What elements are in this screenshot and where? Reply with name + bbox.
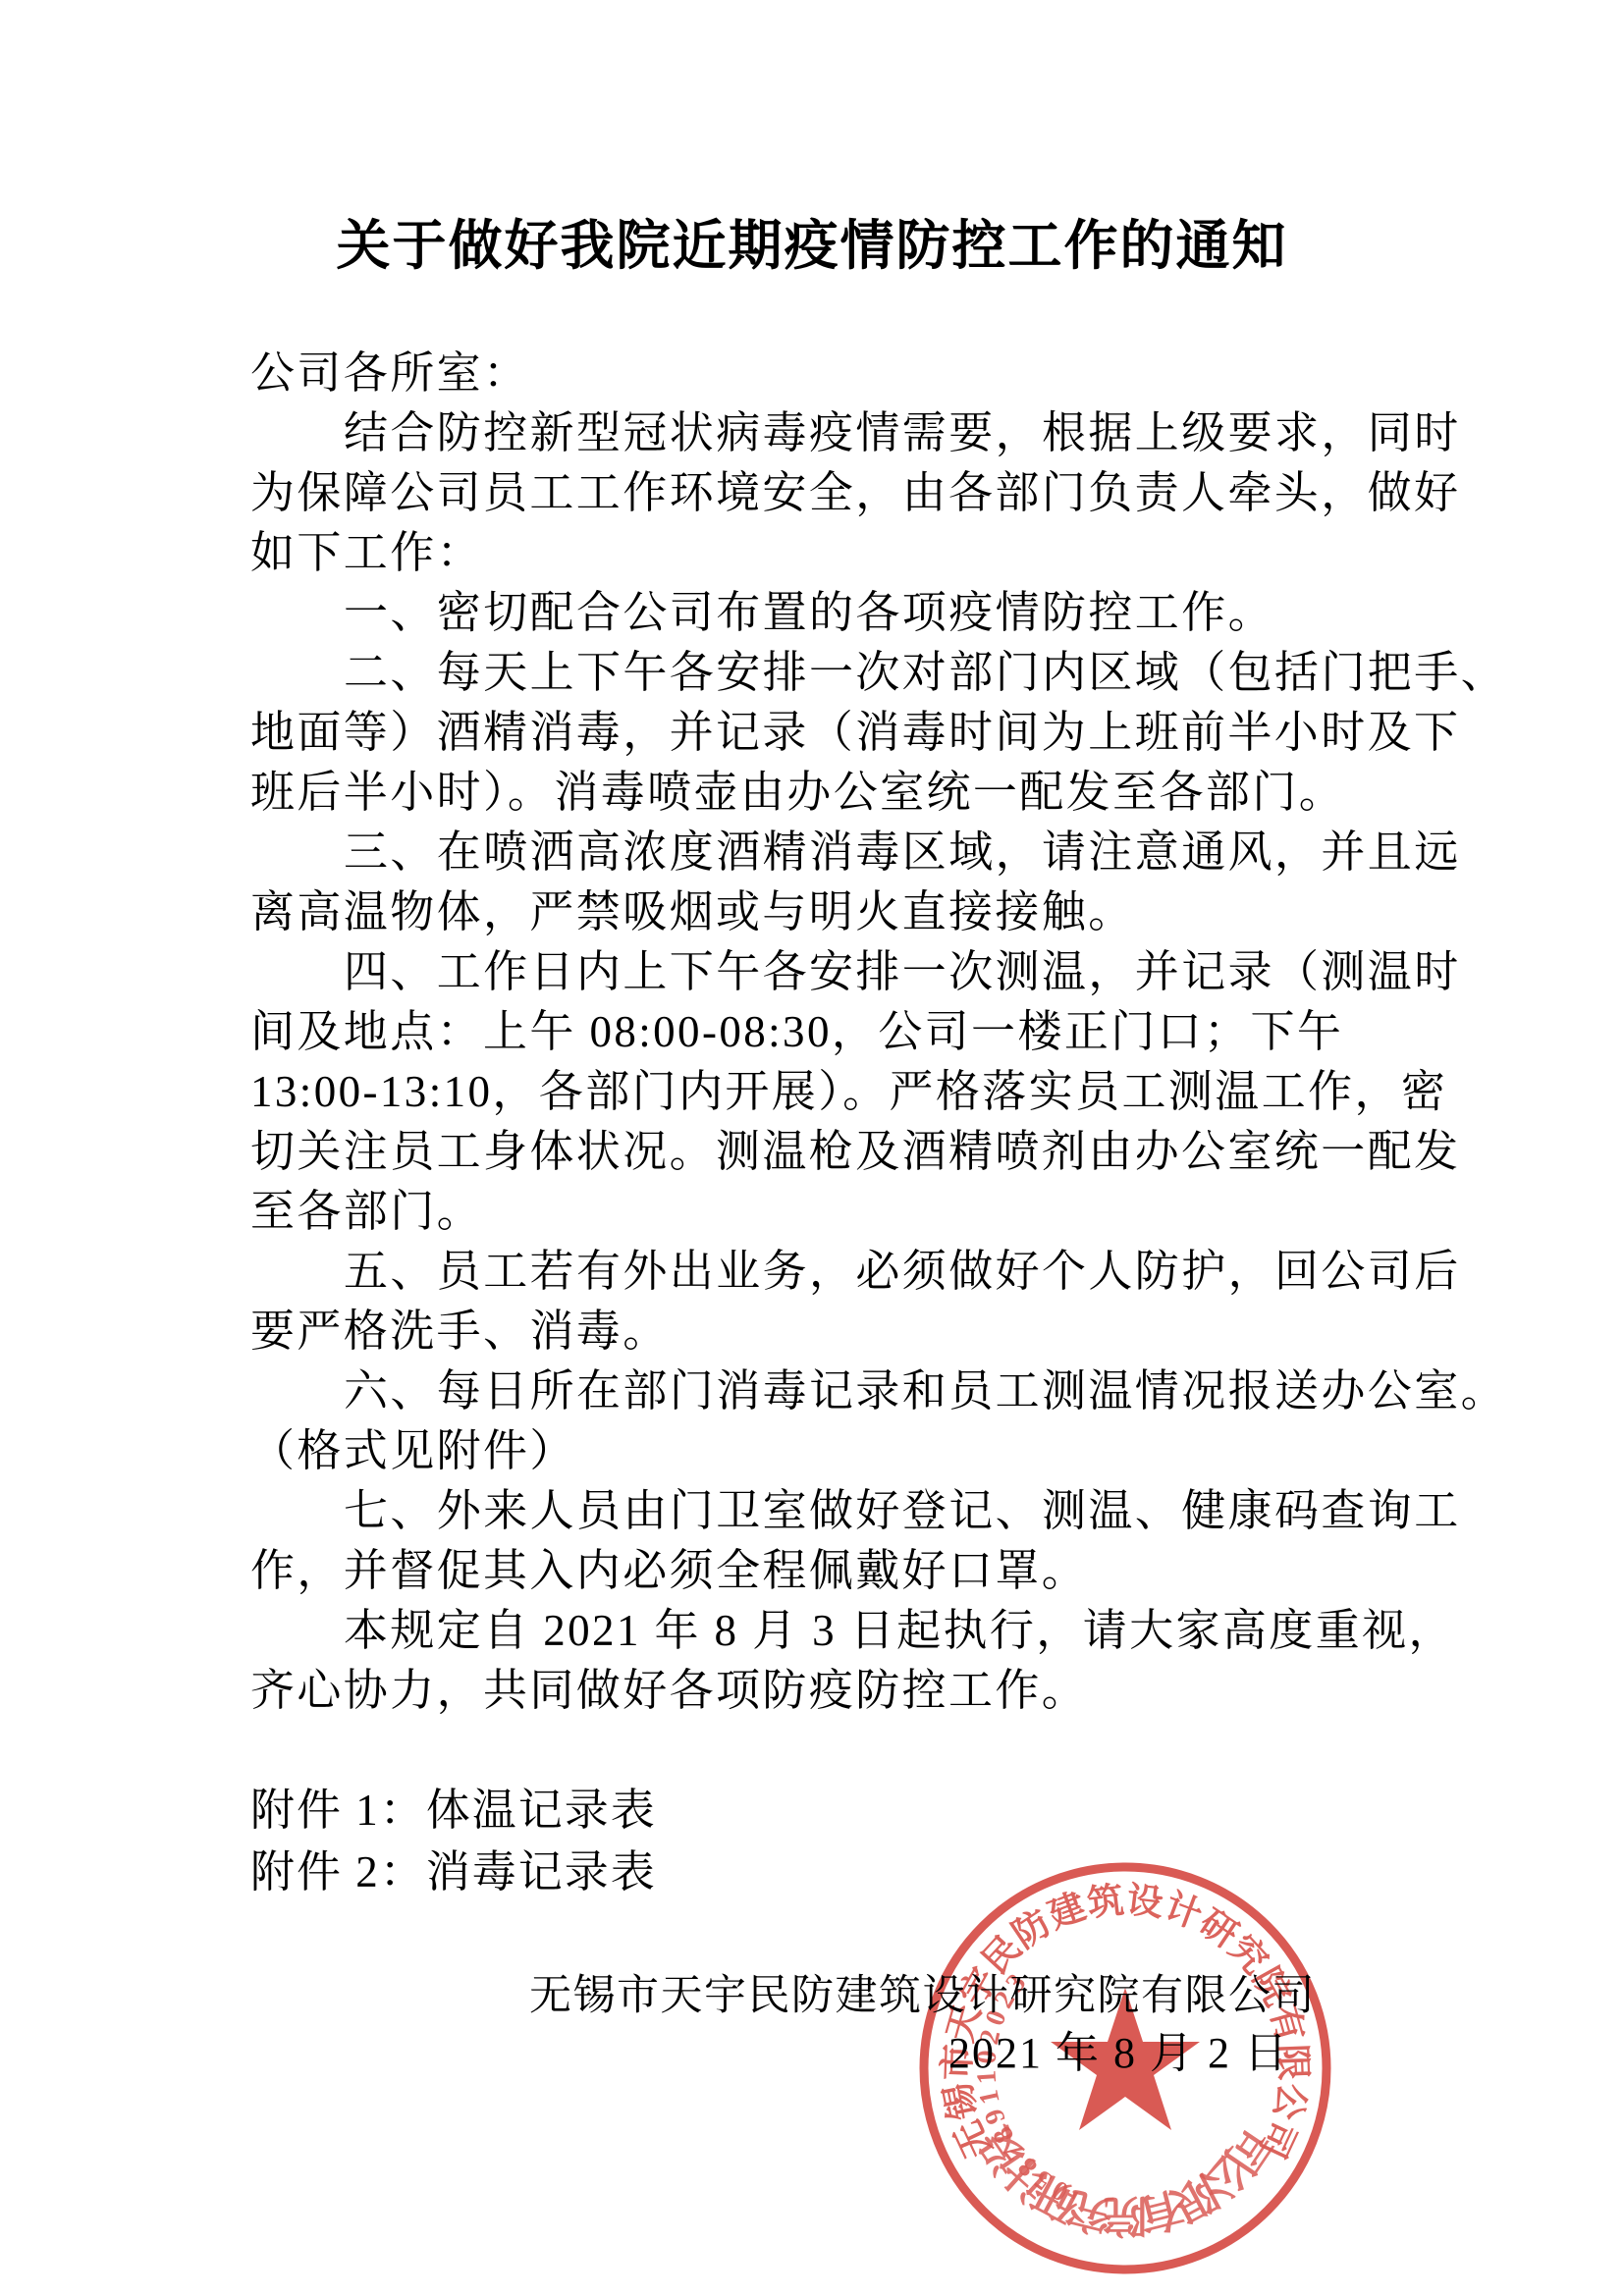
document-line: 13:00-13:10，各部门内开展）。严格落实员工测温工作，密 bbox=[250, 1062, 1468, 1122]
seal-char: 0 bbox=[971, 2049, 1002, 2064]
notice-document-page: 关于做好我院近期疫情防控工作的通知 公司各所室：结合防控新型冠状病毒疫情需要，根… bbox=[0, 0, 1624, 2296]
document-line: 齐心协力，共同做好各项防疫防控工作。 bbox=[250, 1661, 1468, 1721]
seal-bottom-text: 设计研究院有限公司 bbox=[970, 2118, 1279, 2240]
document-line: 至各部门。 bbox=[250, 1182, 1468, 1242]
attachment-line: 附件 2：消毒记录表 bbox=[250, 1842, 657, 1903]
seal-char: 1 bbox=[971, 2069, 1002, 2085]
document-line: 四、工作日内上下午各安排一次测温，并记录（测温时 bbox=[250, 942, 1468, 1002]
page-title: 关于做好我院近期疫情防控工作的通知 bbox=[0, 202, 1624, 280]
star-icon bbox=[1051, 1988, 1200, 2130]
document-line: 要严格洗手、消毒。 bbox=[250, 1302, 1468, 1362]
document-line: 二、每天上下午各安排一次对部门内区域（包括门把手、 bbox=[250, 643, 1468, 703]
seal-char: 设 bbox=[1124, 1880, 1165, 1925]
document-line: 三、在喷洒高浓度酒精消毒区域，请注意通风，并且远 bbox=[250, 823, 1468, 882]
document-line: 间及地点：上午 08:00-08:30，公司一楼正门口；下午 bbox=[250, 1002, 1468, 1062]
official-seal-stamp: 无锡市天宇民防建筑设计研究院有限公司 3202011987850 设计研究院有限… bbox=[914, 1857, 1336, 2279]
document-line: 如下工作： bbox=[250, 523, 1468, 583]
document-line: 六、每日所在部门消毒记录和员工测温情况报送办公室。 bbox=[250, 1362, 1468, 1421]
document-line: 本规定自 2021 年 8 月 3 日起执行，请大家高度重视， bbox=[250, 1601, 1468, 1661]
body-lines: 公司各所室：结合防控新型冠状病毒疫情需要，根据上级要求，同时为保障公司员工工作环… bbox=[250, 344, 1468, 1721]
attachment-line: 附件 1：体温记录表 bbox=[250, 1780, 657, 1842]
document-line: 为保障公司员工工作环境安全，由各部门负责人牵头，做好 bbox=[250, 463, 1468, 523]
document-line: 一、密切配合公司布置的各项疫情防控工作。 bbox=[250, 583, 1468, 643]
document-line: 五、员工若有外出业务，必须做好个人防护，回公司后 bbox=[250, 1242, 1468, 1302]
seal-char: 筑 bbox=[1085, 1880, 1126, 1925]
document-line: 结合防控新型冠状病毒疫情需要，根据上级要求，同时 bbox=[250, 403, 1468, 463]
document-line: 公司各所室： bbox=[250, 344, 1468, 403]
document-line: 七、外来人员由门卫室做好登记、测温、健康码查询工 bbox=[250, 1481, 1468, 1541]
document-line: 切关注员工身体状况。测温枪及酒精喷剂由办公室统一配发 bbox=[250, 1122, 1468, 1182]
document-line: 作，并督促其入内必须全程佩戴好口罩。 bbox=[250, 1541, 1468, 1601]
seal-char: 限 bbox=[1272, 2044, 1314, 2081]
attachment-list: 附件 1：体温记录表附件 2：消毒记录表 bbox=[250, 1780, 657, 1903]
document-line: 地面等）酒精消毒，并记录（消毒时间为上班前半小时及下 bbox=[250, 703, 1468, 763]
document-line: （格式见附件） bbox=[250, 1421, 1468, 1481]
document-line: 离高温物体，严禁吸烟或与明火直接接触。 bbox=[250, 882, 1468, 942]
document-line: 班后半小时）。消毒喷壶由办公室统一配发至各部门。 bbox=[250, 763, 1468, 823]
seal-graphic: 无锡市天宇民防建筑设计研究院有限公司 3202011987850 设计研究院有限… bbox=[914, 1857, 1336, 2279]
